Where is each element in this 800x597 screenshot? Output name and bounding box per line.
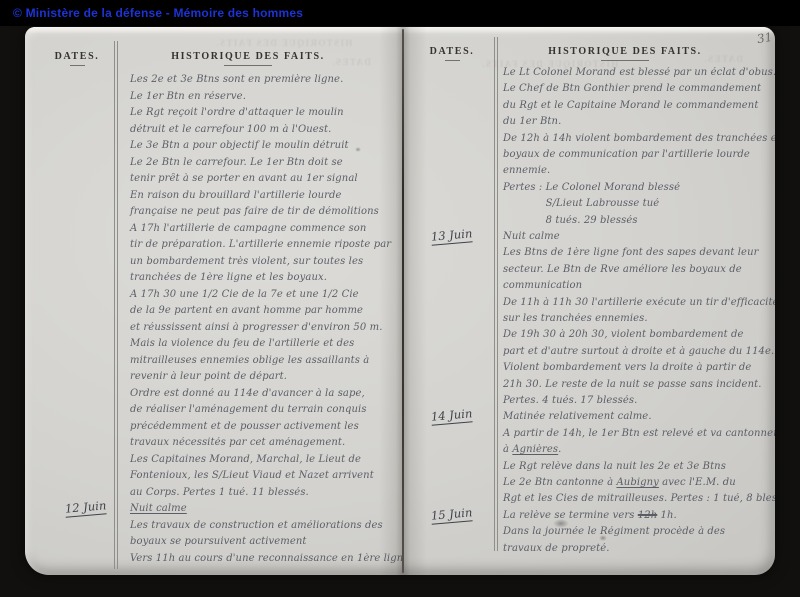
handwritten-line: de la 9e partent en avant homme par homm… (130, 305, 363, 316)
handwritten-line: française ne peut pas faire de tir de dé… (130, 206, 379, 217)
handwritten-line: du 1er Btn. (503, 116, 561, 127)
handwritten-line: Ordre est donné au 114e d'avancer à la s… (130, 388, 365, 399)
date-entry: 14 Juin (430, 407, 473, 427)
handwritten-line: travaux nécessités par cet aménagement. (130, 437, 345, 448)
handwritten-line: tranchées de 1ère ligne et les boyaux. (130, 272, 327, 283)
handwritten-line: tir de préparation. L'artillerie ennemie… (130, 239, 391, 250)
handwritten-line: ennemie. (503, 165, 550, 176)
copyright-text: © Ministère de la défense - Mémoire des … (13, 6, 303, 20)
handwritten-line: Le Lt Colonel Morand est blessé par un é… (503, 67, 775, 78)
handwritten-line: Le Rgt relève dans la nuit les 2e et 3e … (503, 461, 726, 472)
handwritten-line: De 12h à 14h violent bombardement des tr… (503, 133, 775, 144)
handwritten-line: Nuit calme (130, 503, 187, 514)
handwritten-line: Dans la journée le Régiment procède à de… (503, 526, 725, 537)
dates-column: 13 Juin14 Juin15 Juin (431, 27, 493, 575)
handwritten-line: revenir à leur point de départ. (130, 371, 287, 382)
historique-column: Les 2e et 3e Btns sont en première ligne… (130, 27, 402, 575)
handwritten-line: Le 3e Btn a pour objectif le moulin détr… (130, 140, 349, 151)
handwritten-line: Le 2e Btn le carrefour. Le 1er Btn doit … (130, 157, 343, 168)
column-divider-rule (494, 37, 498, 551)
handwritten-line: Pertes. 4 tués. 17 blessés. (503, 395, 637, 406)
handwritten-line: Le 2e Btn cantonne à Aubigny avec l'E.M.… (503, 477, 736, 488)
handwritten-line: mitrailleuses ennemies oblige les assail… (130, 355, 369, 366)
handwritten-line: Nuit calme (503, 231, 560, 242)
handwritten-line: La relève se termine vers 12h 1h. (503, 510, 677, 521)
handwritten-line: Les 2e et 3e Btns sont en première ligne… (130, 74, 343, 85)
handwritten-line: A 17h l'artillerie de campagne commence … (130, 223, 366, 234)
handwritten-line: De 19h 30 à 20h 30, violent bombardement… (503, 329, 744, 340)
handwritten-line: un bombardement très violent, sur toutes… (130, 256, 363, 267)
handwritten-line: Rgt et les Cies de mitrailleuses. Pertes… (503, 493, 775, 504)
handwritten-line: 21h 30. Le reste de la nuit se passe san… (503, 379, 762, 390)
handwritten-line: Le Chef de Btn Gonthier prend le command… (503, 83, 761, 94)
handwritten-line: boyaux se poursuivent activement (130, 536, 307, 547)
handwritten-line: du Rgt et le Capitaine Morand le command… (503, 100, 758, 111)
right-page: HISTORIQUE DES FAITS. DATES. 31 DATES. H… (403, 27, 775, 575)
handwritten-line: Vers 11h au cours d'une reconnaissance e… (130, 553, 403, 564)
handwritten-line: à Agnières. (503, 444, 561, 455)
handwritten-line: précédemment et de pousser activement le… (130, 421, 359, 432)
dates-column: 12 Juin (65, 27, 127, 575)
handwritten-line: travaux de propreté. (503, 543, 610, 554)
date-entry: 15 Juin (430, 505, 473, 525)
handwritten-line: sur les tranchées ennemies. (503, 313, 648, 324)
handwritten-line: au Corps. Pertes 1 tué. 11 blessés. (130, 487, 309, 498)
date-entry: 13 Juin (430, 226, 473, 246)
handwritten-line: communication (503, 280, 582, 291)
handwritten-line: Mais la violence du feu de l'artillerie … (130, 338, 354, 349)
handwritten-line: Matinée relativement calme. (503, 411, 652, 422)
left-page: HISTORIQUE DES FAITS. DATES. DATES. HIST… (25, 27, 403, 575)
register-scan[interactable]: HISTORIQUE DES FAITS. DATES. DATES. HIST… (25, 27, 775, 575)
handwritten-line: A 17h 30 une 1/2 Cie de la 7e et une 1/2… (130, 289, 359, 300)
handwritten-line: boyaux de communication par l'artillerie… (503, 149, 750, 160)
handwritten-line: Les Btns de 1ère ligne font des sapes de… (503, 247, 759, 258)
handwritten-line: secteur. Le Btn de Rve améliore les boya… (503, 264, 742, 275)
handwritten-line: Violent bombardement vers la droite à pa… (503, 362, 751, 373)
historique-column: Le Lt Colonel Morand est blessé par un é… (503, 27, 773, 575)
handwritten-line: part et d'autre surtout à droite et à ga… (503, 346, 774, 357)
handwritten-line: et réussissent ainsi à progresser d'envi… (130, 322, 382, 333)
handwritten-line: De 11h à 11h 30 l'artillerie exécute un … (503, 297, 775, 308)
handwritten-line: En raison du brouillard l'artillerie lou… (130, 190, 342, 201)
handwritten-line: détruit et le carrefour 100 m à l'Ouest. (130, 124, 331, 135)
handwritten-line: Fontenioux, les S/Lieut Viaud et Nazet a… (130, 470, 374, 481)
date-entry: 12 Juin (64, 498, 107, 518)
handwritten-line: de réaliser l'aménagement du terrain con… (130, 404, 367, 415)
handwritten-line: tenir prêt à se porter en avant au 1er s… (130, 173, 358, 184)
handwritten-line: Le 1er Btn en réserve. (130, 91, 246, 102)
handwritten-line: 8 tués. 29 blessés (503, 215, 638, 226)
handwritten-line: A partir de 14h, le 1er Btn est relevé e… (503, 428, 775, 439)
handwritten-line: Les Capitaines Morand, Marchal, le Lieut… (130, 454, 361, 465)
handwritten-line: Le Rgt reçoit l'ordre d'attaquer le moul… (130, 107, 344, 118)
copyright-banner: © Ministère de la défense - Mémoire des … (0, 0, 800, 26)
handwritten-line: Pertes : Le Colonel Morand blessé (503, 182, 680, 193)
handwritten-line: S/Lieut Labrousse tué (503, 198, 659, 209)
handwritten-line: Les travaux de construction et améliorat… (130, 520, 383, 531)
